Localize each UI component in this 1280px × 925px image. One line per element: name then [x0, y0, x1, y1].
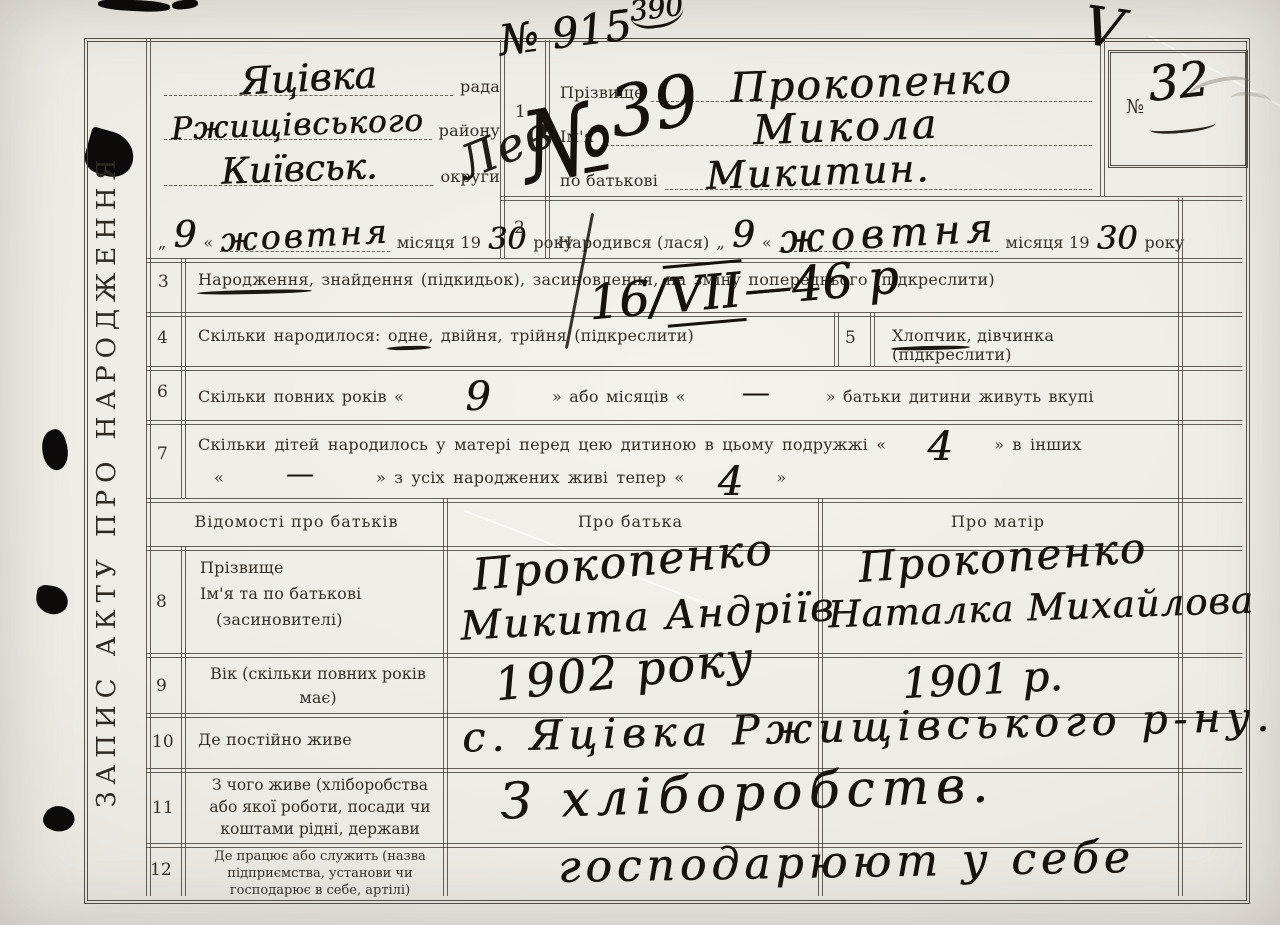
- row6-text: Скільки повних років «9» або місяців «—»…: [198, 380, 1198, 414]
- registration-day: 9: [174, 221, 197, 252]
- paper-damage-spot: [34, 584, 70, 616]
- born-label: Народився (лася): [558, 233, 709, 252]
- row3-underlined-word: Народження: [198, 270, 309, 289]
- row6-number: 6: [157, 382, 168, 402]
- row6-gap1: 9: [404, 380, 552, 414]
- row6-years-value: 9: [465, 380, 491, 414]
- okruha-write-line: Київськ.: [164, 155, 433, 186]
- row7-part5: »: [776, 468, 786, 487]
- serial-superscript: 390: [628, 0, 685, 31]
- row7-part3: «: [214, 468, 224, 487]
- month-label: місяця 19: [397, 233, 481, 252]
- paper-damage-spot: [98, 0, 170, 13]
- registration-month: жовтня: [220, 218, 391, 255]
- grid-line: [818, 498, 823, 896]
- born-open-quote: „: [716, 233, 725, 252]
- born-year-label: року: [1144, 233, 1184, 252]
- row10-number: 10: [152, 732, 174, 752]
- surname-write-line: Прокопенко: [651, 66, 1092, 102]
- overlay-date-roman-month: VII: [663, 259, 747, 328]
- born-date-row: Народився (лася) „ 9 « жовтня місяця 19 …: [558, 200, 1150, 252]
- row8-label-line3: (засиновителі): [216, 610, 343, 629]
- row4-text: Скільки народилося: одне, двійня, трійня…: [198, 326, 818, 345]
- date-close-quote: «: [203, 233, 213, 252]
- overlay-date-day: 16/: [586, 269, 668, 332]
- born-month-label: місяця 19: [1005, 233, 1089, 252]
- row5-underlined-word: Хлопчик: [892, 326, 967, 345]
- born-close-quote: «: [762, 233, 772, 252]
- row7-gap1: 4: [886, 430, 994, 464]
- row12-number: 12: [150, 860, 172, 880]
- row7-other-marriages-value: —: [286, 462, 314, 486]
- date-open-quote: „: [158, 233, 167, 252]
- row9-label: Вік (скільки повних років має): [198, 662, 438, 710]
- row7-line2: «—» з усіх народжених живі тепер «4»: [214, 462, 1074, 499]
- birth-record-scan: ЗАПИС АКТУ ПРО НАРОДЖЕННЯ Яцівка рада Рж…: [0, 0, 1280, 925]
- row8-number: 8: [156, 592, 167, 612]
- grid-line: [181, 258, 186, 498]
- registry-okruha-row: Київськ. округи: [164, 136, 500, 186]
- row6-months-value: —: [742, 381, 770, 405]
- row11-number: 11: [152, 798, 174, 818]
- registry-date-row: „ 9 « жовтня місяця 19 30 року: [158, 198, 504, 252]
- paper-damage-spot: [36, 427, 73, 473]
- row7-this-marriage-value: 4: [927, 430, 953, 464]
- record-number-label: №: [1126, 96, 1144, 118]
- row9-number: 9: [156, 676, 167, 696]
- born-day: 9: [732, 221, 755, 252]
- row8-label-line1: Прізвище: [200, 558, 284, 577]
- row7-alive-now-value: 4: [718, 465, 744, 499]
- born-month-write-line: жовтня: [779, 217, 999, 252]
- row4-prefix: Скільки народилося:: [198, 326, 388, 345]
- patronymic-write-line: Микитин.: [665, 156, 1092, 190]
- mother-age-value: 1901 р.: [901, 658, 1063, 702]
- row6-part3: » батьки дитини живуть вкупі: [826, 387, 1094, 406]
- row7-part2: » в інших: [994, 435, 1081, 454]
- patronymic-value: Микитин.: [706, 152, 931, 192]
- row4-rest: , двійня, трійня (підкреслити): [428, 326, 694, 345]
- occupation-value: З хліборобств.: [499, 763, 995, 823]
- overlay-no-value: 39: [603, 58, 705, 154]
- month-write-line: жовтня: [220, 222, 389, 252]
- row5-text: Хлопчик, дівчинка (підкреслити): [892, 326, 1178, 364]
- row7-gap2: —: [224, 462, 376, 487]
- row7-gap3: 4: [684, 465, 776, 499]
- parents-info-header: Відомості про батьків: [150, 512, 443, 531]
- row7-line1: Скільки дітей народилось у матері перед …: [198, 430, 1198, 464]
- paper-damage-spot: [40, 801, 78, 837]
- row7-part4: » з усіх народжених живі тепер «: [376, 468, 684, 487]
- form-vertical-title: ЗАПИС АКТУ ПРО НАРОДЖЕННЯ: [92, 134, 146, 826]
- grid-line: [870, 312, 875, 366]
- registry-district-row: Ржищівського району: [164, 90, 500, 140]
- row11-label: З чого живе (хліборобства або якої робот…: [196, 774, 444, 840]
- okruha-value: Київськ.: [220, 152, 377, 188]
- row12-label: Де працює або служить (назва підприємств…: [192, 848, 448, 899]
- grid-line: [834, 312, 839, 366]
- row3-number: 3: [158, 272, 169, 292]
- born-year: 30: [1097, 225, 1138, 252]
- grid-line: [146, 366, 1242, 371]
- row6-part2: » або місяців «: [552, 387, 686, 406]
- row8-label-line2: Ім'я та по батькові: [200, 584, 362, 603]
- row6-part1: Скільки повних років «: [198, 387, 404, 406]
- row5-number: 5: [845, 328, 856, 348]
- row10-label: Де постійно живе: [198, 730, 352, 749]
- row4-number: 4: [157, 328, 168, 348]
- row7-number: 7: [157, 444, 168, 464]
- grid-line: [1100, 40, 1105, 196]
- workplace-value: господарюют у себе: [558, 839, 1135, 886]
- row7-part1: Скільки дітей народилось у матері перед …: [198, 435, 886, 454]
- row6-gap2: —: [686, 381, 826, 406]
- grid-line: [146, 420, 1242, 425]
- registry-council-row: Яцівка рада: [164, 44, 500, 96]
- paper-damage-spot: [172, 0, 199, 10]
- row2-number: 2: [514, 218, 525, 238]
- row4-underlined-word: одне: [388, 326, 428, 345]
